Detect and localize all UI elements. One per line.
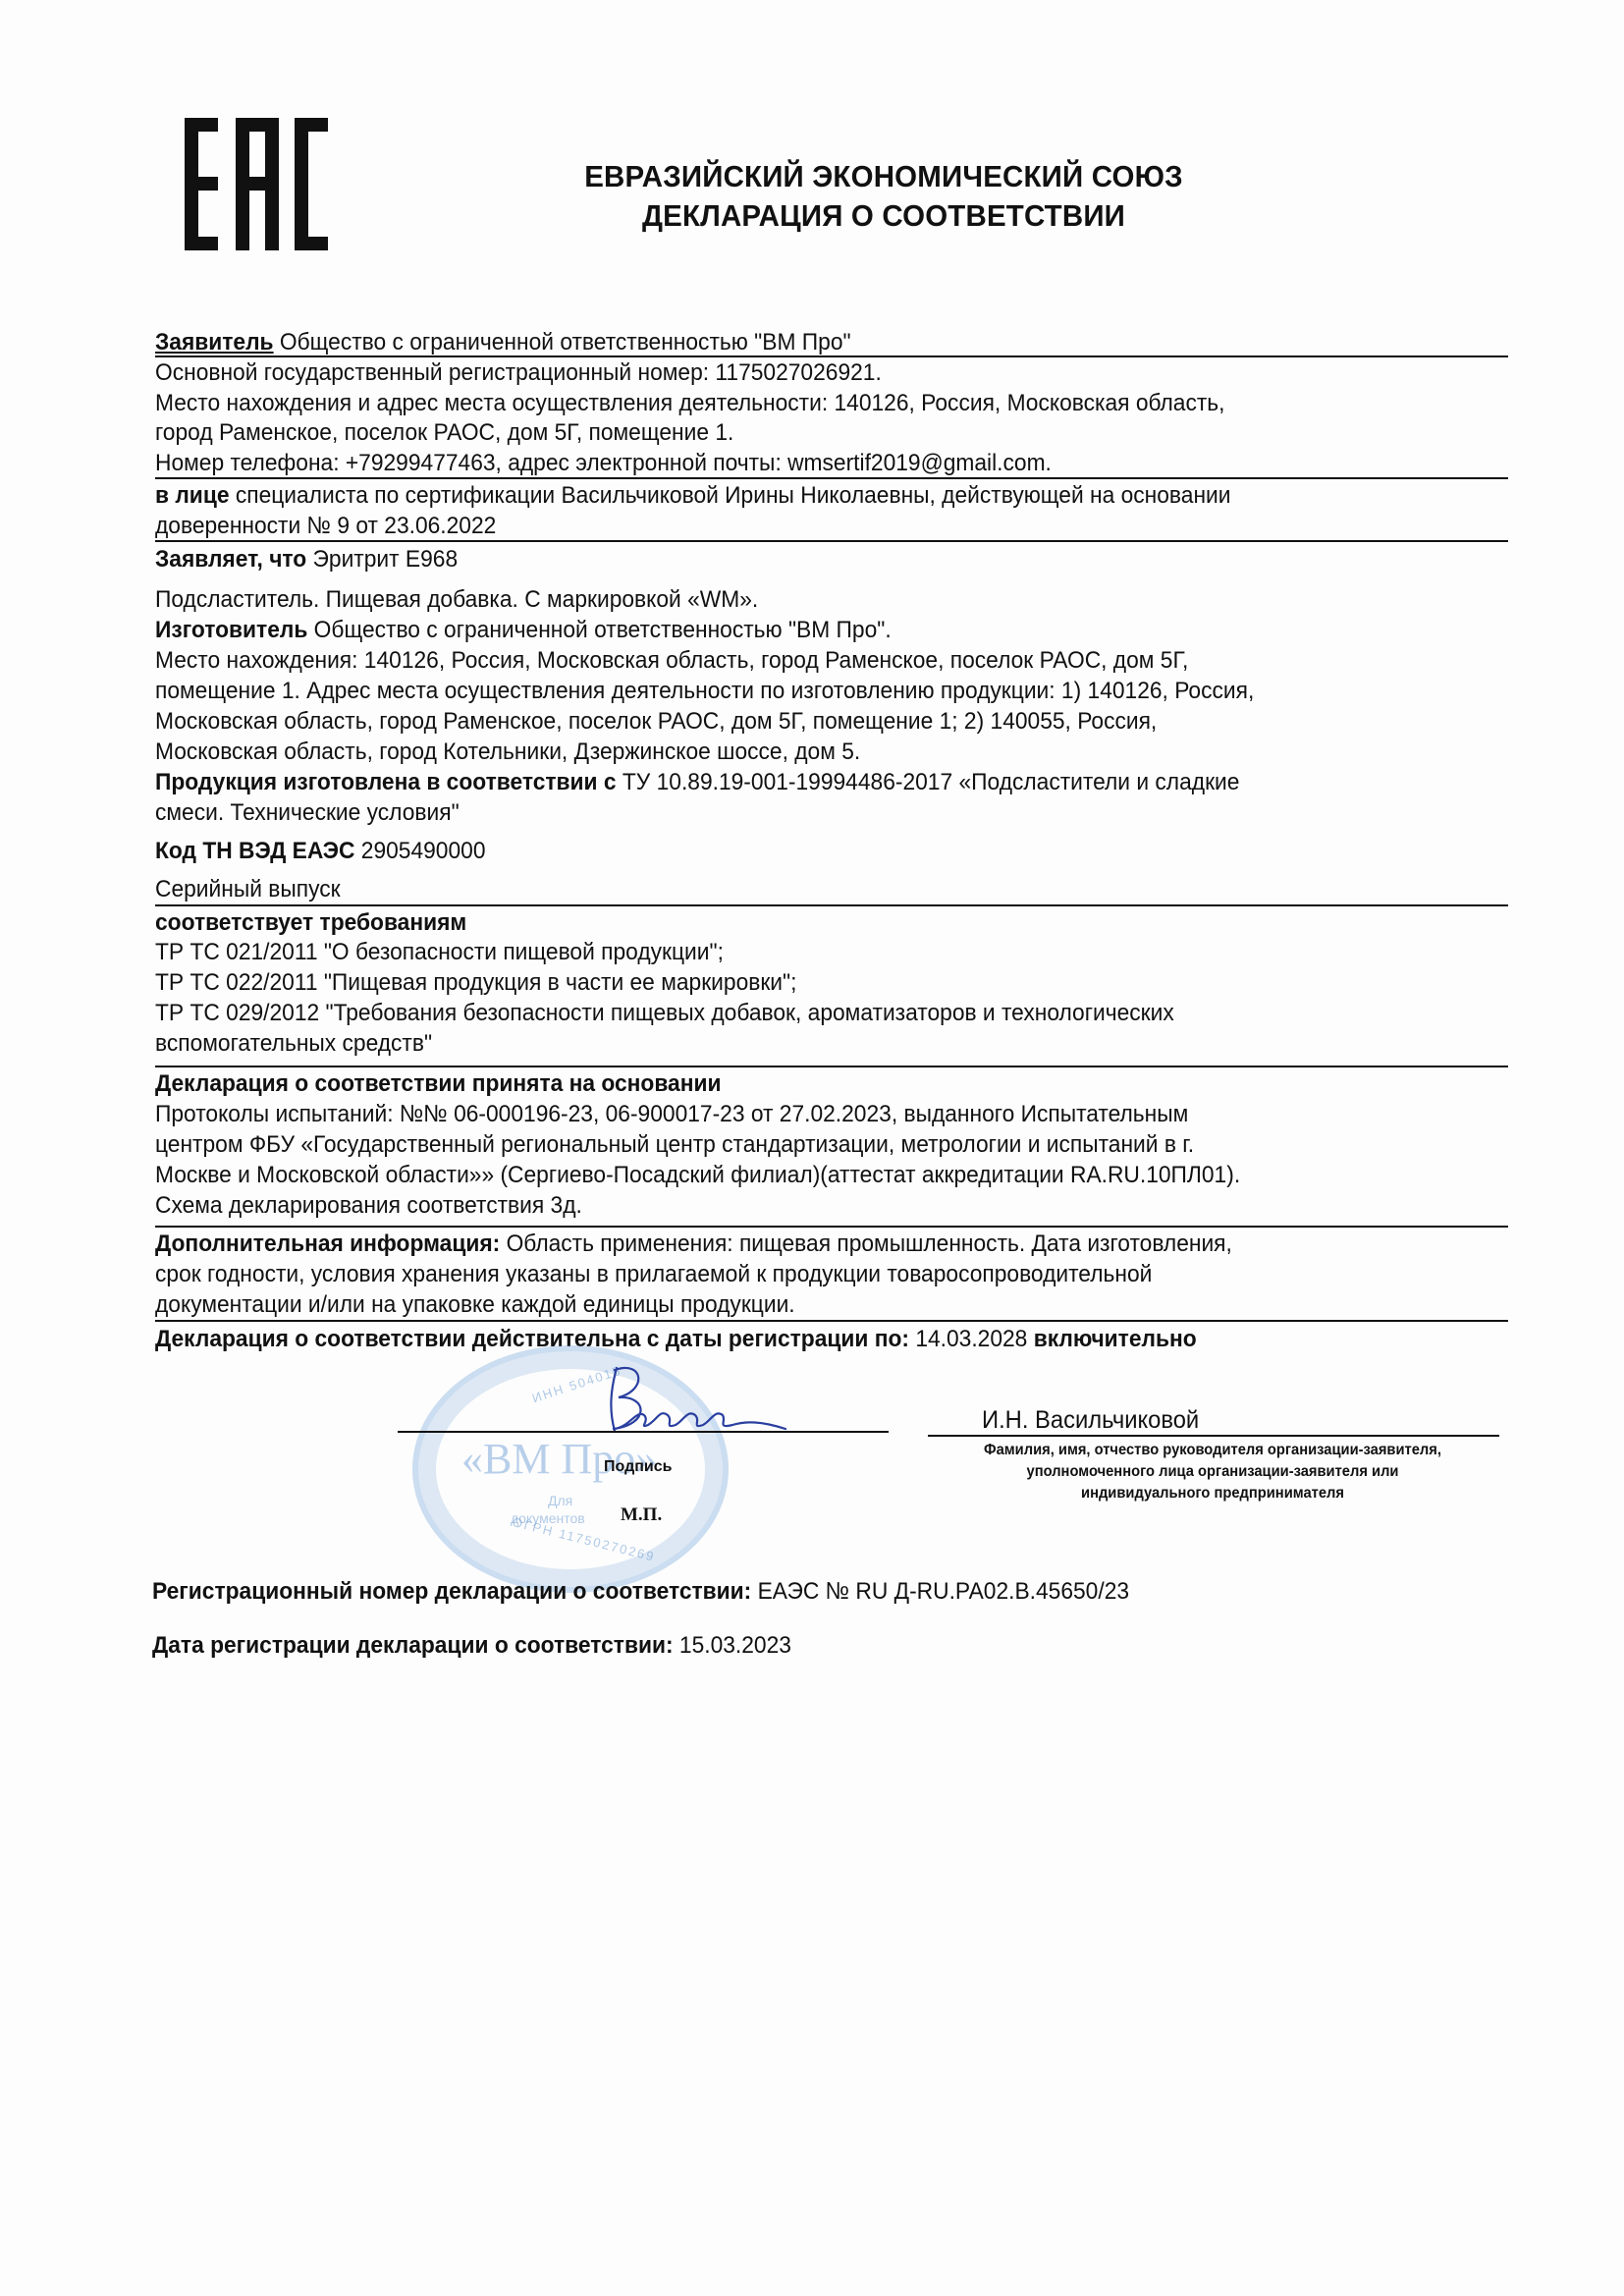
representative-label: в лице bbox=[155, 482, 230, 509]
applicant-name: Общество с ограниченной ответственностью… bbox=[274, 329, 851, 355]
registration-date-value: 15.03.2023 bbox=[674, 1632, 791, 1659]
manufacturer-label: Изготовитель bbox=[155, 617, 307, 643]
hs-code-line: Код ТН ВЭД ЕАЭС 2905490000 bbox=[155, 837, 486, 866]
eac-logo-icon bbox=[177, 118, 334, 250]
basis-line: Москве и Московской области»» (Сергиево-… bbox=[155, 1161, 1240, 1190]
standard-line: Продукция изготовлена в соответствии с Т… bbox=[155, 768, 1239, 797]
signature-label: Подпись bbox=[604, 1458, 672, 1476]
standard-label: Продукция изготовлена в соответствии с bbox=[155, 769, 617, 795]
divider bbox=[155, 355, 1508, 357]
requirements-label: соответствует требованиям bbox=[155, 908, 466, 938]
manufacturer-address-4: Московская область, город Котельники, Дз… bbox=[155, 738, 860, 767]
declaration-page: ЕВРАЗИЙСКИЙ ЭКОНОМИЧЕСКИЙ СОЮЗ ДЕКЛАРАЦИ… bbox=[0, 0, 1624, 2296]
applicant-line: Заявитель Общество с ограниченной ответс… bbox=[155, 328, 851, 357]
divider bbox=[155, 904, 1508, 906]
document-title: ЕВРАЗИЙСКИЙ ЭКОНОМИЧЕСКИЙ СОЮЗ ДЕКЛАРАЦИ… bbox=[529, 157, 1238, 236]
basis-line: Протоколы испытаний: №№ 06-000196-23, 06… bbox=[155, 1100, 1188, 1129]
product-description: Подсластитель. Пищевая добавка. С маркир… bbox=[155, 585, 758, 615]
union-title: ЕВРАЗИЙСКИЙ ЭКОНОМИЧЕСКИЙ СОЮЗ bbox=[529, 157, 1238, 196]
additional-info-line-3: документации и/или на упаковке каждой ед… bbox=[155, 1290, 795, 1320]
registration-date-label: Дата регистрации декларации о соответств… bbox=[152, 1632, 674, 1659]
hs-code-value: 2905490000 bbox=[354, 838, 485, 864]
signer-name-line bbox=[928, 1435, 1499, 1437]
additional-info-line: Дополнительная информация: Область приме… bbox=[155, 1230, 1232, 1259]
declaration-title: ДЕКЛАРАЦИЯ О СООТВЕТСТВИИ bbox=[529, 196, 1238, 236]
signer-caption: Фамилия, имя, отчество руководителя орга… bbox=[942, 1440, 1484, 1504]
registration-number-line: Регистрационный номер декларации о соотв… bbox=[152, 1578, 1129, 1606]
basis-line: центром ФБУ «Государственный региональны… bbox=[155, 1130, 1194, 1160]
divider bbox=[155, 540, 1508, 542]
manufacturer-address-1: Место нахождения: 140126, Россия, Москов… bbox=[155, 646, 1188, 676]
additional-info-line-2: срок годности, условия хранения указаны … bbox=[155, 1260, 1152, 1289]
standard-line-2: смеси. Технические условия" bbox=[155, 798, 460, 828]
declaration-scheme: Схема декларирования соответствия 3д. bbox=[155, 1191, 582, 1221]
divider bbox=[155, 1066, 1508, 1067]
manufacturer-address-2: помещение 1. Адрес места осуществления д… bbox=[155, 677, 1254, 706]
signature-line bbox=[398, 1431, 889, 1433]
product-line: Заявляет, что Эритрит Е968 bbox=[155, 545, 458, 574]
manufacturer-address-3: Московская область, город Раменское, пос… bbox=[155, 707, 1157, 737]
representative-line: в лице специалиста по сертификации Васил… bbox=[155, 481, 1230, 511]
production-type: Серийный выпуск bbox=[155, 875, 341, 904]
additional-info-label: Дополнительная информация: bbox=[155, 1230, 500, 1257]
seal-text: Для bbox=[548, 1493, 572, 1508]
basis-label: Декларация о соответствии принята на осн… bbox=[155, 1069, 722, 1099]
product-name: Эритрит Е968 bbox=[306, 546, 458, 573]
requirement-item: ТР ТС 022/2011 "Пищевая продукция в част… bbox=[155, 968, 796, 998]
validity-date: 14.03.2028 bbox=[909, 1326, 1034, 1352]
manufacturer-name: Общество с ограниченной ответственностью… bbox=[307, 617, 891, 643]
power-of-attorney: доверенности № 9 от 23.06.2022 bbox=[155, 512, 496, 541]
requirement-item: ТР ТС 029/2012 "Требования безопасности … bbox=[155, 999, 1174, 1028]
seal-place-label: М.П. bbox=[621, 1504, 662, 1526]
hs-code-label: Код ТН ВЭД ЕАЭС bbox=[155, 838, 354, 864]
requirement-item: ТР ТС 021/2011 "О безопасности пищевой п… bbox=[155, 938, 724, 967]
divider bbox=[155, 1226, 1508, 1228]
divider bbox=[155, 477, 1508, 479]
registration-number-label: Регистрационный номер декларации о соотв… bbox=[152, 1578, 751, 1605]
applicant-contacts: Номер телефона: +79299477463, адрес элек… bbox=[155, 449, 1052, 478]
product-label: Заявляет, что bbox=[155, 546, 306, 573]
applicant-address-2: город Раменское, поселок РАОС, дом 5Г, п… bbox=[155, 418, 733, 448]
applicant-address-1: Место нахождения и адрес места осуществл… bbox=[155, 389, 1225, 418]
registration-number-value: ЕАЭС № RU Д-RU.РА02.В.45650/23 bbox=[751, 1578, 1129, 1605]
requirement-item: вспомогательных средств" bbox=[155, 1029, 432, 1059]
divider bbox=[155, 1320, 1508, 1322]
applicant-ogrn: Основной государственный регистрационный… bbox=[155, 358, 882, 388]
applicant-label: Заявитель bbox=[155, 329, 274, 355]
registration-date-line: Дата регистрации декларации о соответств… bbox=[152, 1632, 791, 1660]
handwritten-signature-icon bbox=[589, 1360, 795, 1439]
manufacturer-line: Изготовитель Общество с ограниченной отв… bbox=[155, 616, 892, 645]
signer-name: И.Н. Васильчиковой bbox=[982, 1406, 1199, 1435]
validity-line: Декларация о соответствии действительна … bbox=[155, 1325, 1197, 1354]
